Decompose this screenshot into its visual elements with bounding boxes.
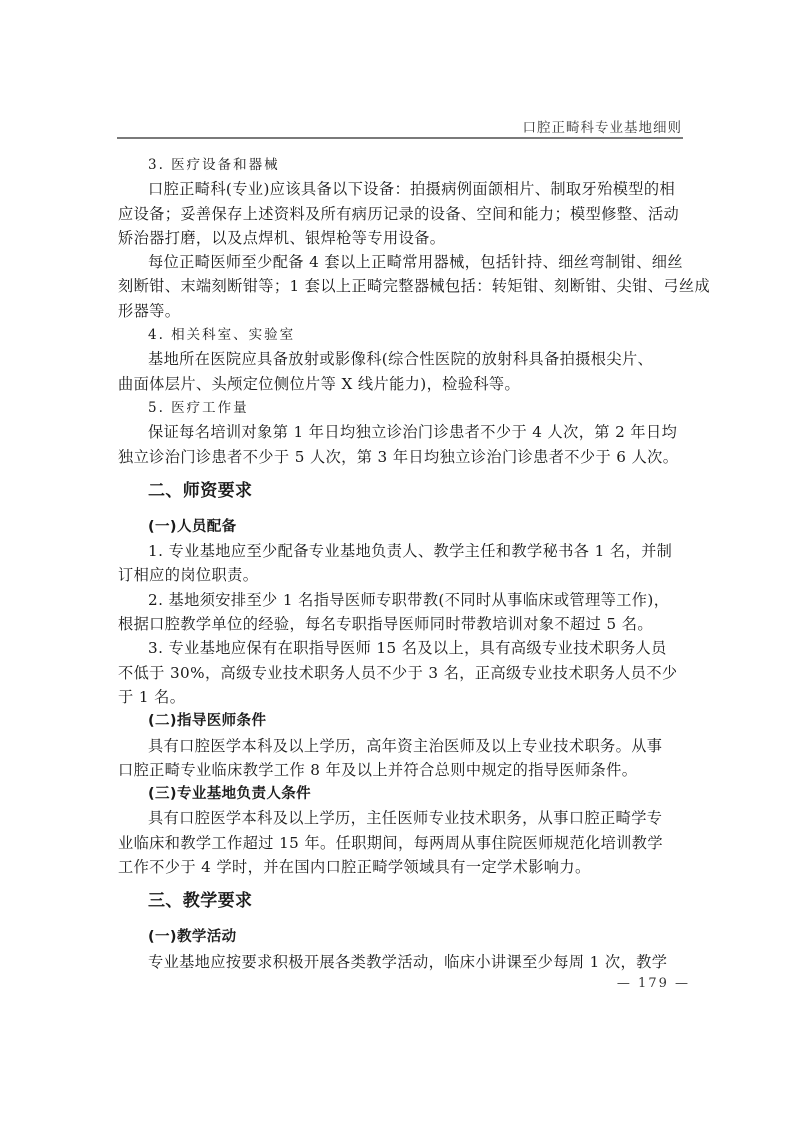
paragraph-line: 订相应的岗位职责。 [118, 563, 682, 587]
paragraph-line: 矫治器打磨，以及点焊机、银焊枪等专用设备。 [118, 226, 682, 250]
paragraph-line: 3. 专业基地应保有在职指导医师 15 名及以上，具有高级专业技术职务人员 [118, 636, 682, 660]
item-heading: 3. 医疗设备和器械 [118, 153, 682, 177]
paragraph-line: 独立诊治门诊患者不少于 5 人次，第 3 年日均独立诊治门诊患者不少于 6 人次… [118, 445, 682, 469]
item-heading: 5. 医疗工作量 [118, 396, 682, 420]
paragraph-line: 口腔正畸科(专业)应该具备以下设备：拍摄病例面颌相片、制取牙殆模型的相 [118, 177, 682, 201]
header-rule [117, 137, 683, 139]
paragraph-line: 口腔正畸专业临床教学工作 8 年及以上并符合总则中规定的指导医师条件。 [118, 758, 682, 782]
paragraph-line: 刻断钳、末端刻断钳等；1 套以上正畸完整器械包括：转矩钳、刻断钳、尖钳、弓丝成 [118, 274, 682, 298]
running-header-title: 口腔正畸科专业基地细则 [523, 116, 683, 136]
paragraph-line: 具有口腔医学本科及以上学历，高年资主治医师及以上专业技术职务。从事 [118, 734, 682, 758]
page-number: — 179 — [617, 976, 690, 991]
subsection-heading: (一)人员配备 [118, 515, 682, 539]
paragraph-line: 不低于 30%，高级专业技术职务人员不少于 3 名，正高级专业技术职务人员不少 [118, 661, 682, 685]
paragraph-line: 2. 基地须安排至少 1 名指导医师专职带教(不同时从事临床或管理等工作)， [118, 588, 682, 612]
paragraph-line: 专业基地应按要求积极开展各类教学活动，临床小讲课至少每周 1 次，教学 [118, 950, 682, 974]
paragraph-line: 工作不少于 4 学时，并在国内口腔正畸学领域具有一定学术影响力。 [118, 855, 682, 879]
subsection-heading: (一)教学活动 [118, 925, 682, 949]
subsection-heading: (三)专业基地负责人条件 [118, 782, 682, 806]
paragraph-line: 保证每名培训对象第 1 年日均独立诊治门诊患者不少于 4 人次，第 2 年日均 [118, 420, 682, 444]
paragraph-line: 曲面体层片、头颅定位侧位片等 X 线片能力)，检验科等。 [118, 372, 682, 396]
item-heading: 4. 相关科室、实验室 [118, 323, 682, 347]
subsection-heading: (二)指导医师条件 [118, 709, 682, 733]
paragraph-line: 具有口腔医学本科及以上学历，主任医师专业技术职务，从事口腔正畸学专 [118, 806, 682, 830]
paragraph-line: 应设备；妥善保存上述资料及所有病历记录的设备、空间和能力；模型修整、活动 [118, 202, 682, 226]
section-heading: 二、师资要求 [118, 479, 682, 503]
paragraph-line: 根据口腔教学单位的经验，每名专职指导医师同时带教培训对象不超过 5 名。 [118, 612, 682, 636]
paragraph-line: 业临床和教学工作超过 15 年。任职期间，每两周从事住院医师规范化培训教学 [118, 831, 682, 855]
paragraph-line: 基地所在医院应具备放射或影像科(综合性医院的放射科具备拍摄根尖片、 [118, 347, 682, 371]
paragraph-line: 形器等。 [118, 299, 682, 323]
paragraph-line: 每位正畸医师至少配备 4 套以上正畸常用器械，包括针持、细丝弯制钳、细丝 [118, 250, 682, 274]
document-body: 3. 医疗设备和器械口腔正畸科(专业)应该具备以下设备：拍摄病例面颌相片、制取牙… [118, 153, 682, 974]
section-heading: 三、教学要求 [118, 889, 682, 913]
paragraph-line: 1. 专业基地应至少配备专业基地负责人、教学主任和教学秘书各 1 名，并制 [118, 539, 682, 563]
paragraph-line: 于 1 名。 [118, 685, 682, 709]
